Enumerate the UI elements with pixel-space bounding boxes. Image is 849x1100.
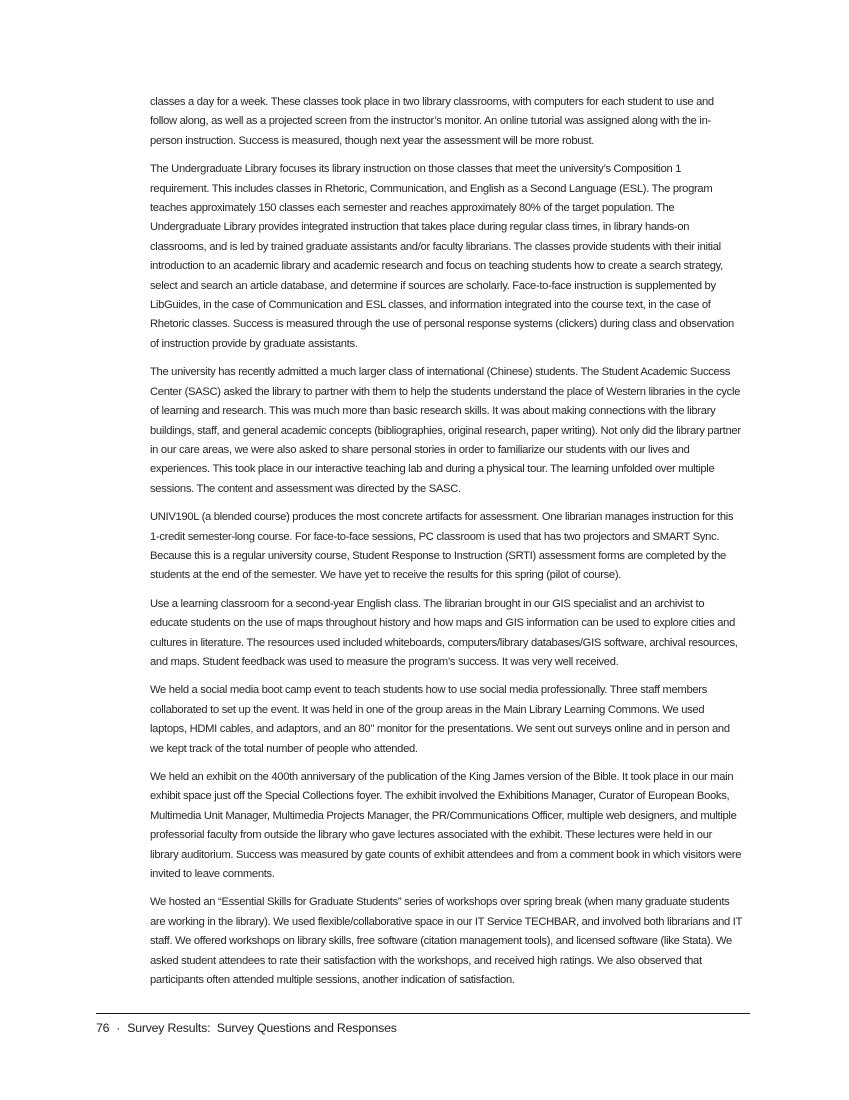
- body-paragraph: The university has recently admitted a m…: [150, 363, 742, 499]
- body-paragraph: classes a day for a week. These classes …: [150, 93, 742, 151]
- body-paragraph: We held an exhibit on the 400th annivers…: [150, 768, 742, 884]
- body-paragraph: The Undergraduate Library focuses its li…: [150, 160, 742, 354]
- document-page: classes a day for a week. These classes …: [0, 0, 849, 1100]
- body-paragraph: UNIV190L (a blended course) produces the…: [150, 508, 742, 586]
- page-number: 76: [96, 1019, 109, 1038]
- body-paragraph: We hosted an “Essential Skills for Gradu…: [150, 893, 742, 990]
- page-footer: 76 · Survey Results: Survey Questions an…: [96, 1019, 397, 1038]
- body-paragraph: We held a social media boot camp event t…: [150, 681, 742, 759]
- footer-rule: [96, 1013, 750, 1014]
- footer-running-title: Survey Results: Survey Questions and Res…: [127, 1019, 396, 1038]
- footer-separator-dot: ·: [116, 1019, 120, 1038]
- body-paragraph: Use a learning classroom for a second-ye…: [150, 595, 742, 673]
- body-text-block: classes a day for a week. These classes …: [150, 93, 742, 999]
